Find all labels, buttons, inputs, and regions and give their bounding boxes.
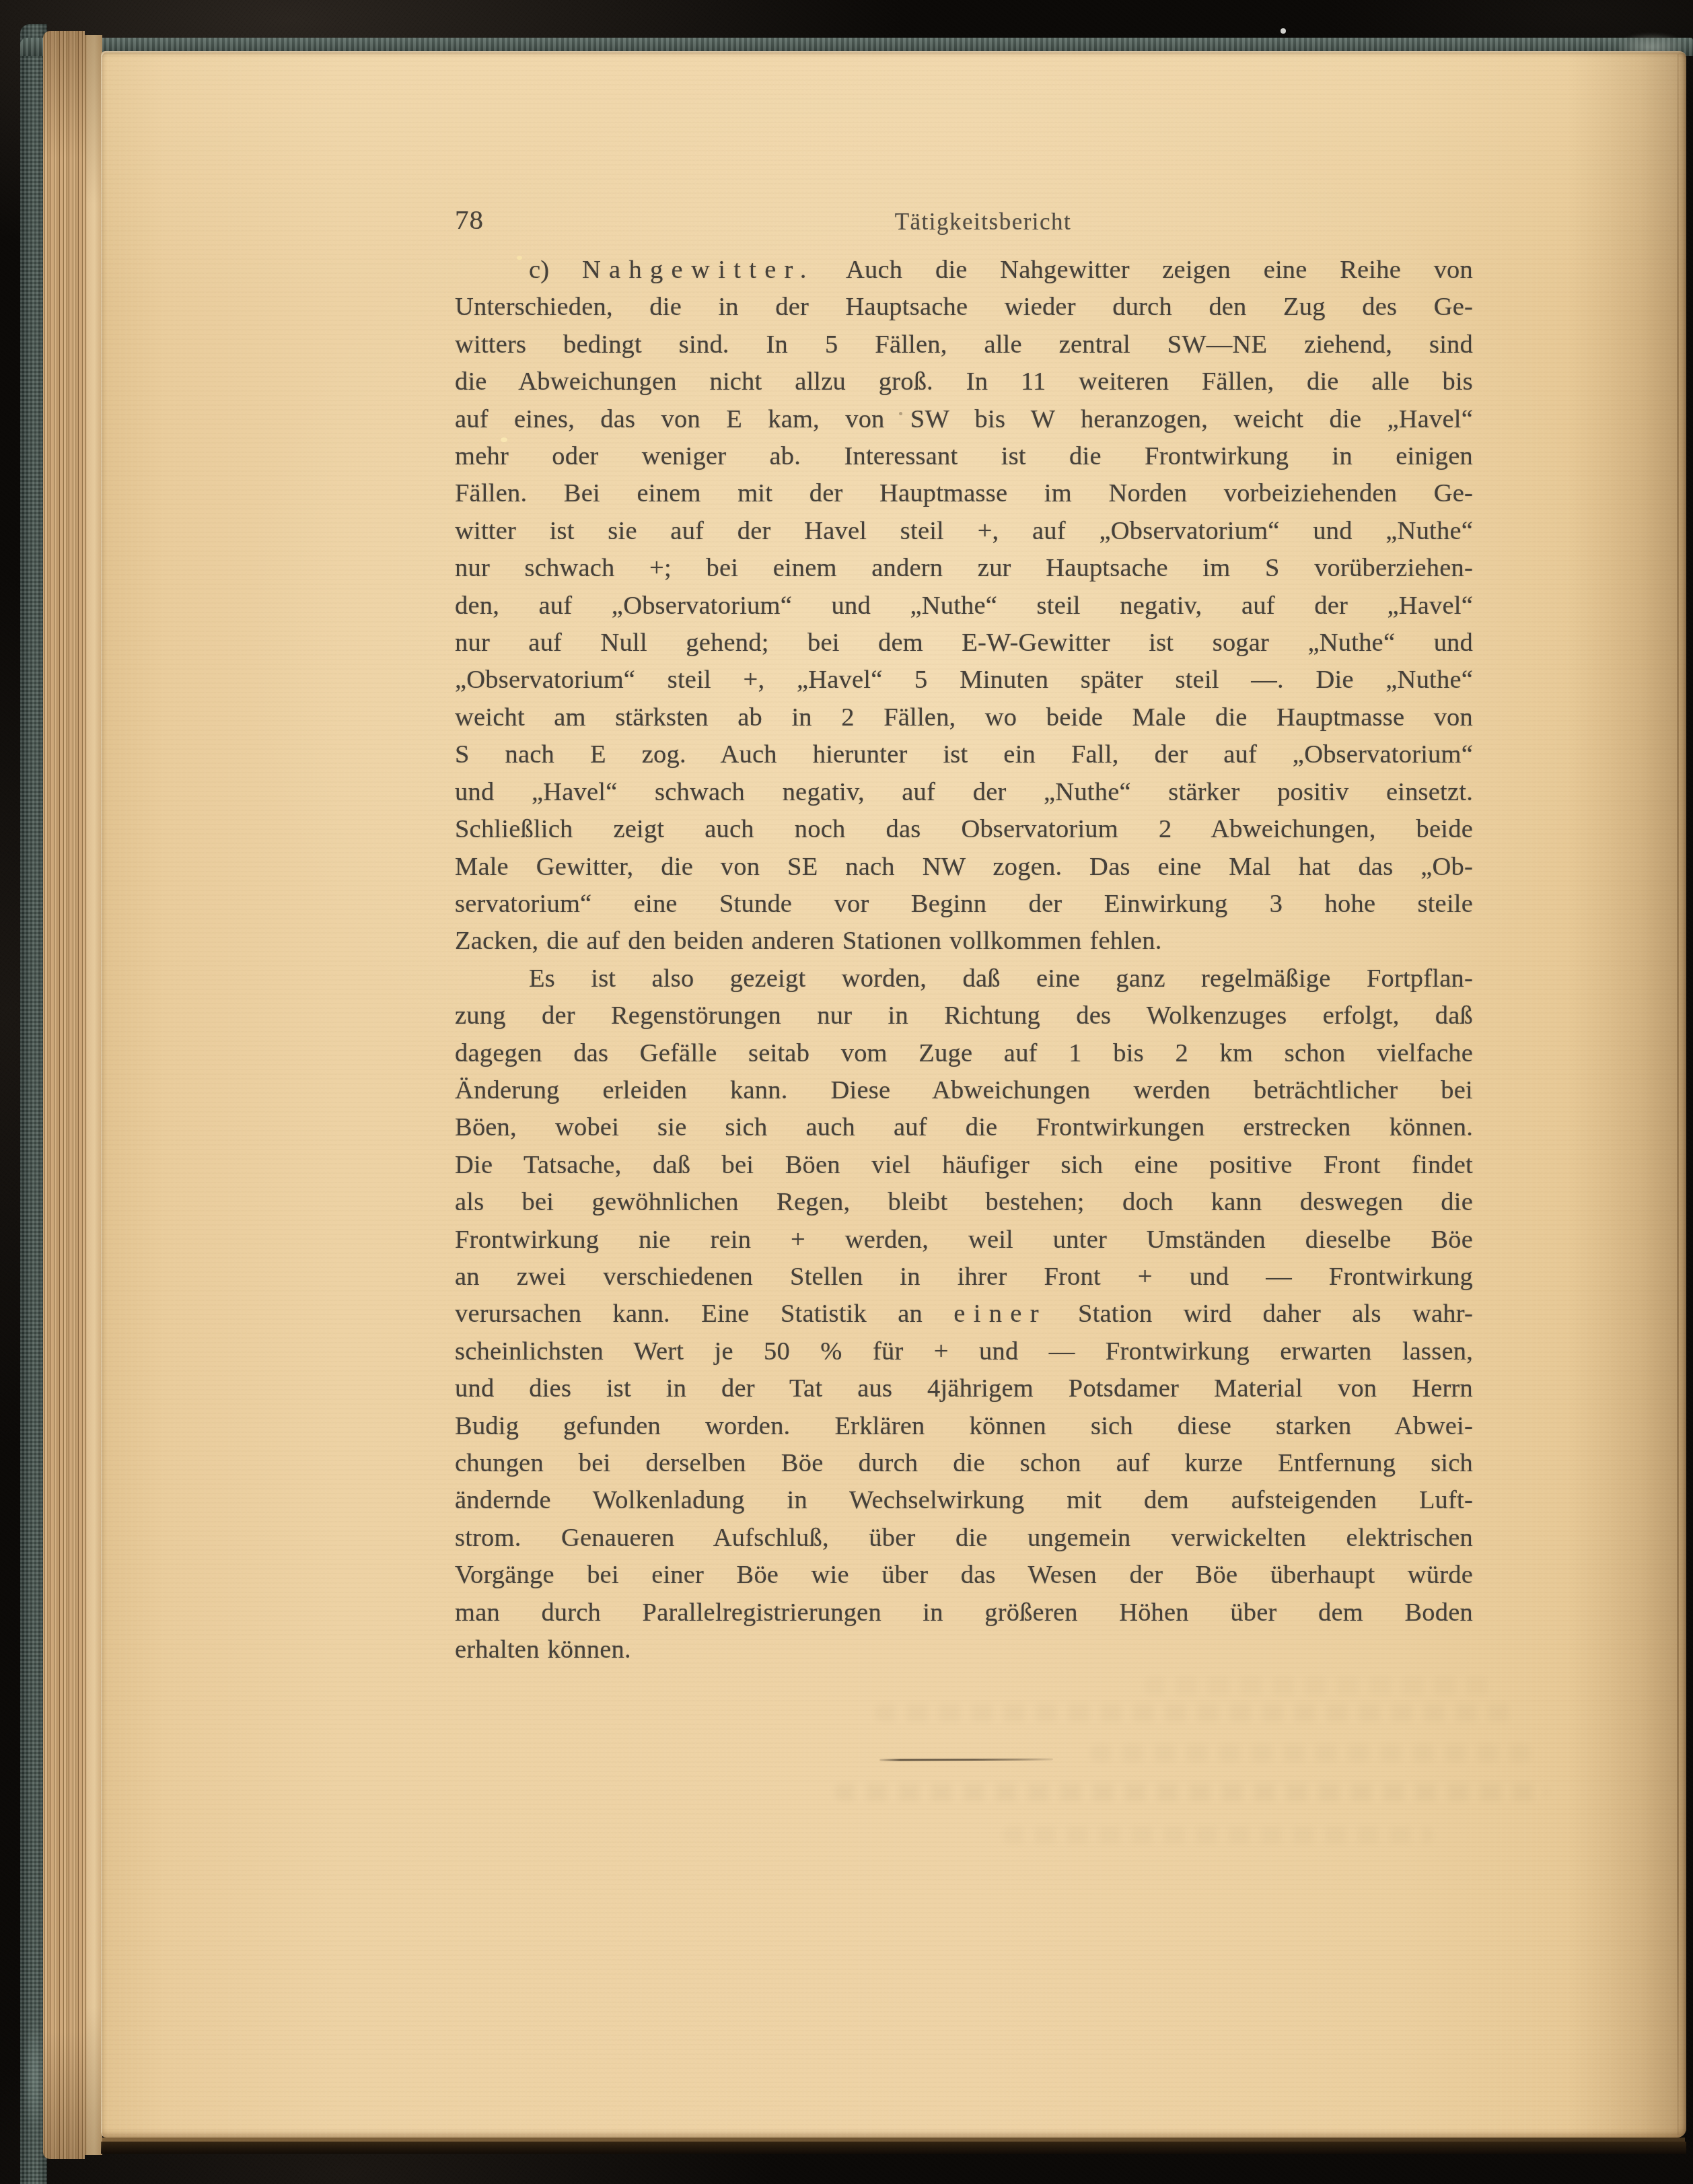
text-segment: Zacken, die auf den beiden anderen Stati… xyxy=(455,927,1162,955)
text-segment: witters bedingt sind. In 5 Fällen, alle … xyxy=(455,330,1473,359)
text-segment: mehr oder weniger ab. Interessant ist di… xyxy=(455,442,1473,470)
text-segment: Böen, wobei sie sich auch auf die Frontw… xyxy=(455,1113,1473,1141)
text-segment: weicht am stärksten ab in 2 Fällen, wo b… xyxy=(455,703,1473,732)
text-segment: strom. Genaueren Aufschluß, über die ung… xyxy=(455,1524,1473,1552)
page-number: 78 xyxy=(455,205,484,234)
text-line: witter ist sie auf der Havel steil +, au… xyxy=(455,513,1473,550)
text-segment: scheinlichsten Wert je 50 % für + und — … xyxy=(455,1337,1473,1366)
page-fore-edge-stack xyxy=(43,31,85,2159)
text-segment: man durch Parallelregistrierungen in grö… xyxy=(455,1598,1473,1627)
text-segment: Unterschieden, die in der Hauptsache wie… xyxy=(455,293,1473,321)
text-segment: Station wird daher als wahr- xyxy=(1047,1300,1473,1328)
text-line: Frontwirkung nie rein + werden, weil unt… xyxy=(455,1222,1473,1259)
text-line: Unterschieden, die in der Hauptsache wie… xyxy=(455,289,1473,326)
text-line: Böen, wobei sie sich auch auf die Frontw… xyxy=(455,1109,1473,1146)
text-line: nur auf Null gehend; bei dem E-W-Gewitte… xyxy=(455,625,1473,662)
text-segment: ändernde Wolkenladung in Wechselwirkung … xyxy=(455,1486,1473,1514)
text-line: erhalten können. xyxy=(455,1631,1473,1668)
text-segment: erhalten können. xyxy=(455,1635,631,1664)
text-line: weicht am stärksten ab in 2 Fällen, wo b… xyxy=(455,699,1473,736)
text-line: strom. Genaueren Aufschluß, über die ung… xyxy=(455,1520,1473,1557)
text-segment: Budig gefunden worden. Erklären können s… xyxy=(455,1412,1473,1440)
text-segment: und „Havel“ schwach negativ, auf der „Nu… xyxy=(455,778,1473,806)
text-segment: „Observatorium“ steil +, „Havel“ 5 Minut… xyxy=(455,666,1473,694)
text-line: S nach E zog. Auch hierunter ist ein Fal… xyxy=(455,736,1473,773)
text-segment: c) xyxy=(529,256,582,284)
text-line: Male Gewitter, die von SE nach NW zogen.… xyxy=(455,849,1473,886)
text-line: Budig gefunden worden. Erklären können s… xyxy=(455,1408,1473,1445)
text-segment: Frontwirkung nie rein + werden, weil unt… xyxy=(455,1226,1473,1254)
text-line: ändernde Wolkenladung in Wechselwirkung … xyxy=(455,1482,1473,1519)
text-line: dagegen das Gefälle seitab vom Zuge auf … xyxy=(455,1035,1473,1072)
text-segment: Es ist also gezeigt worden, daß eine gan… xyxy=(529,964,1473,993)
text-line: nur schwach +; bei einem andern zur Haup… xyxy=(455,550,1473,587)
text-line: Änderung erleiden kann. Diese Abweichung… xyxy=(455,1072,1473,1109)
text-line: Vorgänge bei einer Böe wie über das Wese… xyxy=(455,1557,1473,1594)
text-line: und dies ist in der Tat aus 4jährigem Po… xyxy=(455,1370,1473,1407)
text-segment: an zwei verschiedenen Stellen in ihrer F… xyxy=(455,1263,1473,1291)
text-segment: zung der Regenstörungen nur in Richtung … xyxy=(455,1001,1473,1030)
text-line: c) Nahgewitter. Auch die Nahgewitter zei… xyxy=(455,252,1473,289)
text-line: Fällen. Bei einem mit der Hauptmasse im … xyxy=(455,475,1473,512)
text-segment: Änderung erleiden kann. Diese Abweichung… xyxy=(455,1076,1473,1104)
text-segment: als bei gewöhnlichen Regen, bleibt beste… xyxy=(455,1188,1473,1216)
text-segment: die Abweichungen nicht allzu groß. In 11… xyxy=(455,367,1473,396)
text-line: servatorium“ eine Stunde vor Beginn der … xyxy=(455,886,1473,923)
running-header: Tätigkeitsbericht xyxy=(781,209,1185,235)
text-line: „Observatorium“ steil +, „Havel“ 5 Minut… xyxy=(455,662,1473,699)
text-segment: auf eines, das von E kam, von SW bis W h… xyxy=(455,405,1473,433)
text-line: scheinlichsten Wert je 50 % für + und — … xyxy=(455,1333,1473,1370)
text-block: c) Nahgewitter. Auch die Nahgewitter zei… xyxy=(455,252,1473,1668)
text-line: als bei gewöhnlichen Regen, bleibt beste… xyxy=(455,1184,1473,1221)
text-line: Es ist also gezeigt worden, daß eine gan… xyxy=(455,960,1473,997)
text-segment: S nach E zog. Auch hierunter ist ein Fal… xyxy=(455,740,1473,769)
text-segment: nur schwach +; bei einem andern zur Haup… xyxy=(455,554,1473,582)
text-segment: Schließlich zeigt auch noch das Observat… xyxy=(455,815,1473,843)
text-segment: Die Tatsache, daß bei Böen viel häufiger… xyxy=(455,1151,1473,1179)
text-segment: witter ist sie auf der Havel steil +, au… xyxy=(455,517,1473,545)
text-segment: verursachen kann. Eine Statistik an xyxy=(455,1300,953,1328)
text-segment: Auch die Nahgewitter zeigen eine Reihe v… xyxy=(815,256,1473,284)
text-line: Schließlich zeigt auch noch das Observat… xyxy=(455,811,1473,848)
text-line: verursachen kann. Eine Statistik an eine… xyxy=(455,1296,1473,1333)
text-line: an zwei verschiedenen Stellen in ihrer F… xyxy=(455,1259,1473,1296)
text-line: man durch Parallelregistrierungen in grö… xyxy=(455,1594,1473,1631)
text-line: den, auf „Observatorium“ und „Nuthe“ ste… xyxy=(455,588,1473,625)
text-segment: nur auf Null gehend; bei dem E-W-Gewitte… xyxy=(455,629,1473,657)
text-line: zung der Regenstörungen nur in Richtung … xyxy=(455,997,1473,1034)
page-crease xyxy=(1677,54,1679,2135)
scanned-book-page: 78 Tätigkeitsbericht c) Nahgewitter. Auc… xyxy=(0,0,1693,2184)
text-segment: Male Gewitter, die von SE nach NW zogen.… xyxy=(455,853,1473,881)
text-line: auf eines, das von E kam, von SW bis W h… xyxy=(455,401,1473,438)
text-line: witters bedingt sind. In 5 Fällen, alle … xyxy=(455,326,1473,363)
text-line: und „Havel“ schwach negativ, auf der „Nu… xyxy=(455,774,1473,811)
emphasized-text: Nahgewitter. xyxy=(582,256,815,284)
text-segment: servatorium“ eine Stunde vor Beginn der … xyxy=(455,890,1473,918)
text-segment: Fällen. Bei einem mit der Hauptmasse im … xyxy=(455,479,1473,507)
emphasized-text: einer xyxy=(953,1300,1047,1328)
page-edge-underlying xyxy=(85,35,102,2155)
text-segment: Vorgänge bei einer Böe wie über das Wese… xyxy=(455,1561,1473,1589)
text-line: Die Tatsache, daß bei Böen viel häufiger… xyxy=(455,1147,1473,1184)
text-segment: und dies ist in der Tat aus 4jährigem Po… xyxy=(455,1374,1473,1403)
text-segment: dagegen das Gefälle seitab vom Zuge auf … xyxy=(455,1039,1473,1067)
text-line: chungen bei derselben Böe durch die scho… xyxy=(455,1445,1473,1482)
text-segment: den, auf „Observatorium“ und „Nuthe“ ste… xyxy=(455,592,1473,620)
text-line: mehr oder weniger ab. Interessant ist di… xyxy=(455,438,1473,475)
text-line: die Abweichungen nicht allzu groß. In 11… xyxy=(455,363,1473,400)
text-segment: chungen bei derselben Böe durch die scho… xyxy=(455,1449,1473,1477)
text-line: Zacken, die auf den beiden anderen Stati… xyxy=(455,923,1473,960)
page-bottom-shadow xyxy=(101,2142,1686,2154)
